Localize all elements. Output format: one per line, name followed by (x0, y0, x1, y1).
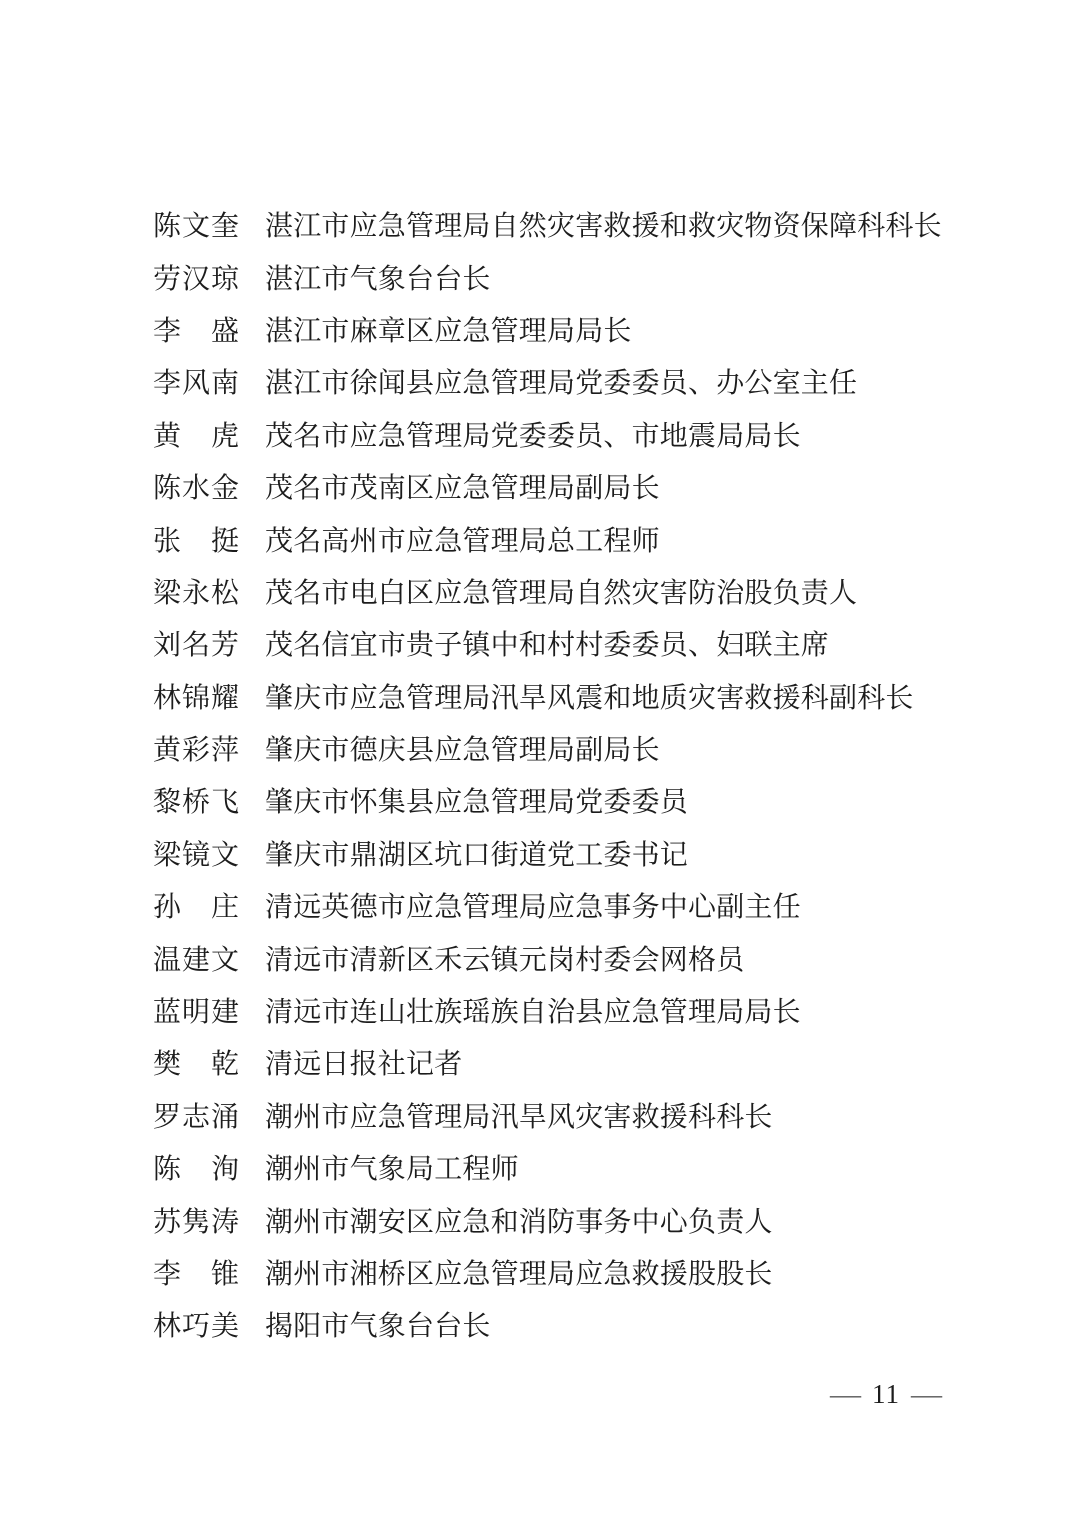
person-title: 湛江市麻章区应急管理局局长 (265, 309, 632, 349)
name-character: 巧 (182, 1304, 210, 1344)
person-title: 潮州市气象局工程师 (265, 1147, 519, 1187)
name-character: 建 (182, 938, 210, 978)
name-character: 乾 (211, 1042, 239, 1082)
name-character: 美 (211, 1304, 239, 1344)
list-item: 林巧美 揭阳市气象台台长 (153, 1298, 963, 1350)
person-name: 李盛 (153, 309, 239, 349)
name-character: 松 (211, 571, 239, 611)
list-item: 劳汉琼 湛江市气象台台长 (153, 250, 963, 302)
page-footer: — 11 — (832, 1381, 940, 1408)
person-title: 揭阳市气象台台长 (265, 1304, 491, 1344)
list-item: 罗志涌 潮州市应急管理局汛旱风灾害救援科科长 (153, 1089, 963, 1141)
name-character: 陈 (153, 466, 181, 506)
person-name: 黎桥飞 (153, 780, 239, 820)
name-character: 奎 (211, 204, 239, 244)
document-page: 陈文奎 湛江市应急管理局自然灾害救援和救灾物资保障科科长 劳汉琼 湛江市气象台台… (0, 0, 1080, 1528)
person-title: 湛江市气象台台长 (265, 257, 491, 297)
list-item: 林锦耀 肇庆市应急管理局汛旱风震和地质灾害救援科副科长 (153, 670, 963, 722)
name-character: 飞 (211, 780, 239, 820)
person-title: 茂名信宜市贵子镇中和村村委委员、妇联主席 (265, 623, 829, 663)
name-character: 桥 (182, 780, 210, 820)
person-title: 清远市清新区禾云镇元岗村委会网格员 (265, 938, 744, 978)
list-item: 蓝明建 清远市连山壮族瑶族自治县应急管理局局长 (153, 984, 963, 1036)
name-character: 林 (153, 676, 181, 716)
name-character: 李 (153, 309, 181, 349)
name-character: 志 (182, 1095, 210, 1135)
name-character: 洵 (211, 1147, 239, 1187)
person-name: 林锦耀 (153, 676, 239, 716)
name-character: 挺 (211, 519, 239, 559)
person-name: 黄虎 (153, 414, 239, 454)
name-character: 梁 (153, 571, 181, 611)
name-character: 刘 (153, 623, 181, 663)
name-character: 建 (211, 990, 239, 1030)
person-name: 苏隽涛 (153, 1200, 239, 1240)
list-item: 刘名芳 茂名信宜市贵子镇中和村村委委员、妇联主席 (153, 617, 963, 669)
name-character: 罗 (153, 1095, 181, 1135)
person-title: 潮州市潮安区应急和消防事务中心负责人 (265, 1200, 773, 1240)
name-character: 黎 (153, 780, 181, 820)
list-item: 黎桥飞 肇庆市怀集县应急管理局党委委员 (153, 774, 963, 826)
name-character: 庄 (211, 885, 239, 925)
page-number-left-dash: — (830, 1381, 861, 1408)
list-item: 黄彩萍 肇庆市德庆县应急管理局副局长 (153, 722, 963, 774)
person-title: 茂名市应急管理局党委委员、市地震局局长 (265, 414, 801, 454)
list-item: 黄虎 茂名市应急管理局党委委员、市地震局局长 (153, 408, 963, 460)
person-name: 黄彩萍 (153, 728, 239, 768)
list-item: 李盛 湛江市麻章区应急管理局局长 (153, 303, 963, 355)
list-item: 陈文奎 湛江市应急管理局自然灾害救援和救灾物资保障科科长 (153, 198, 963, 250)
name-character: 苏 (153, 1200, 181, 1240)
name-character: 南 (211, 361, 239, 401)
name-character: 陈 (153, 204, 181, 244)
name-character: 汉 (182, 257, 210, 297)
person-title: 茂名高州市应急管理局总工程师 (265, 519, 660, 559)
list-item: 樊乾 清远日报社记者 (153, 1036, 963, 1088)
person-name: 劳汉琼 (153, 257, 239, 297)
person-name: 蓝明建 (153, 990, 239, 1030)
list-item: 张挺 茂名高州市应急管理局总工程师 (153, 512, 963, 564)
person-name: 温建文 (153, 938, 239, 978)
name-character: 张 (153, 519, 181, 559)
name-character: 水 (182, 466, 210, 506)
name-character: 芳 (211, 623, 239, 663)
person-title: 茂名市茂南区应急管理局副局长 (265, 466, 660, 506)
person-title: 肇庆市鼎湖区坑口街道党工委书记 (265, 833, 688, 873)
list-item: 陈洵 潮州市气象局工程师 (153, 1141, 963, 1193)
name-character: 黄 (153, 728, 181, 768)
name-character: 风 (182, 361, 210, 401)
page-number-right-dash: — (911, 1381, 942, 1408)
list-item: 梁镜文 肇庆市鼎湖区坑口街道党工委书记 (153, 827, 963, 879)
name-character: 文 (182, 204, 210, 244)
person-name: 陈洵 (153, 1147, 239, 1187)
name-character: 萍 (211, 728, 239, 768)
person-title: 潮州市应急管理局汛旱风灾害救援科科长 (265, 1095, 773, 1135)
person-name: 张挺 (153, 519, 239, 559)
page-number: 11 (872, 1381, 900, 1408)
person-name: 樊乾 (153, 1042, 239, 1082)
name-character: 金 (211, 466, 239, 506)
list-item: 陈水金 茂名市茂南区应急管理局副局长 (153, 460, 963, 512)
person-name: 梁镜文 (153, 833, 239, 873)
person-name: 罗志涌 (153, 1095, 239, 1135)
name-character: 盛 (211, 309, 239, 349)
name-character: 蓝 (153, 990, 181, 1030)
name-character: 琼 (211, 257, 239, 297)
name-character: 黄 (153, 414, 181, 454)
list-item: 李风南 湛江市徐闻县应急管理局党委委员、办公室主任 (153, 355, 963, 407)
name-character: 樊 (153, 1042, 181, 1082)
name-character: 镜 (182, 833, 210, 873)
name-character: 文 (211, 938, 239, 978)
person-name: 李锥 (153, 1252, 239, 1292)
person-title: 湛江市应急管理局自然灾害救援和救灾物资保障科科长 (265, 204, 942, 244)
name-character: 锦 (182, 676, 210, 716)
name-character: 耀 (211, 676, 239, 716)
person-title: 湛江市徐闻县应急管理局党委委员、办公室主任 (265, 361, 857, 401)
name-character: 永 (182, 571, 210, 611)
person-title: 肇庆市应急管理局汛旱风震和地质灾害救援科副科长 (265, 676, 914, 716)
person-title: 潮州市湘桥区应急管理局应急救援股股长 (265, 1252, 773, 1292)
name-character: 温 (153, 938, 181, 978)
person-name: 刘名芳 (153, 623, 239, 663)
person-title: 清远市连山壮族瑶族自治县应急管理局局长 (265, 990, 801, 1030)
person-name: 李风南 (153, 361, 239, 401)
name-character: 名 (182, 623, 210, 663)
person-title: 肇庆市怀集县应急管理局党委委员 (265, 780, 688, 820)
list-item: 孙庄 清远英德市应急管理局应急事务中心副主任 (153, 879, 963, 931)
list-item: 梁永松 茂名市电白区应急管理局自然灾害防治股负责人 (153, 565, 963, 617)
list-item: 李锥 潮州市湘桥区应急管理局应急救援股股长 (153, 1246, 963, 1298)
person-name: 林巧美 (153, 1304, 239, 1344)
person-title: 肇庆市德庆县应急管理局副局长 (265, 728, 660, 768)
person-name: 陈水金 (153, 466, 239, 506)
person-name: 陈文奎 (153, 204, 239, 244)
name-character: 涌 (211, 1095, 239, 1135)
name-character: 林 (153, 1304, 181, 1344)
person-title: 清远日报社记者 (265, 1042, 462, 1082)
name-character: 隽 (182, 1200, 210, 1240)
name-character: 陈 (153, 1147, 181, 1187)
person-name: 孙庄 (153, 885, 239, 925)
person-title: 茂名市电白区应急管理局自然灾害防治股负责人 (265, 571, 857, 611)
name-character: 文 (211, 833, 239, 873)
name-character: 劳 (153, 257, 181, 297)
name-character: 李 (153, 1252, 181, 1292)
name-character: 明 (182, 990, 210, 1030)
name-character: 锥 (211, 1252, 239, 1292)
personnel-list: 陈文奎 湛江市应急管理局自然灾害救援和救灾物资保障科科长 劳汉琼 湛江市气象台台… (153, 198, 963, 1351)
list-item: 温建文 清远市清新区禾云镇元岗村委会网格员 (153, 931, 963, 983)
name-character: 孙 (153, 885, 181, 925)
name-character: 李 (153, 361, 181, 401)
name-character: 涛 (211, 1200, 239, 1240)
name-character: 彩 (182, 728, 210, 768)
name-character: 虎 (211, 414, 239, 454)
person-name: 梁永松 (153, 571, 239, 611)
person-title: 清远英德市应急管理局应急事务中心副主任 (265, 885, 801, 925)
list-item: 苏隽涛 潮州市潮安区应急和消防事务中心负责人 (153, 1193, 963, 1245)
name-character: 梁 (153, 833, 181, 873)
